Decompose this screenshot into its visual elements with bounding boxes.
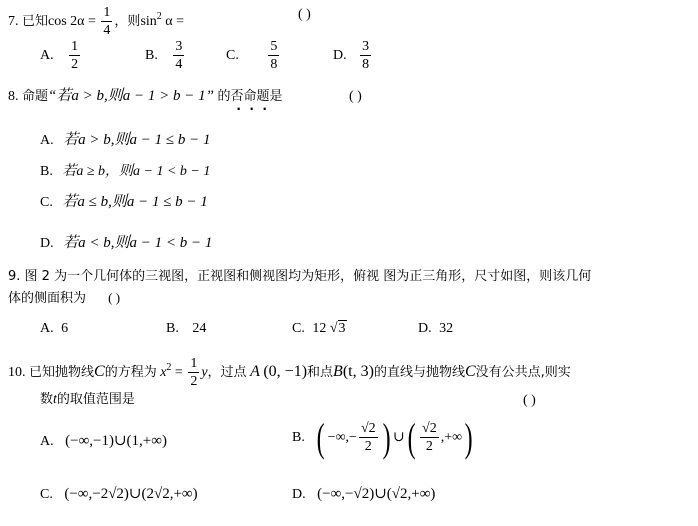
right-paren: ) [465, 418, 473, 458]
q10-answer-blank: ( ) [523, 394, 536, 408]
q9-answer-blank: ( ) [108, 290, 120, 305]
q7-mid: ，则 [114, 14, 140, 29]
q8-option-c: C. 若a ≤ b,则a − 1 ≤ b − 1 [40, 195, 208, 210]
q8-answer-blank: ( ) [349, 90, 362, 104]
q7-fraction: 14 [101, 6, 112, 38]
q7-option-a: A. 12 [40, 40, 82, 72]
q7-expr3: α = [162, 14, 184, 29]
q10-option-d: D. (−∞,−√2)∪(√2,+∞) [292, 487, 435, 502]
emphasis-char: 题 [257, 89, 270, 104]
q7-prefix: 已知 [22, 14, 48, 29]
q7-expr2: sin [140, 14, 156, 29]
q9-option-b: B. 24 [166, 322, 206, 336]
q8-option-b: B. 若a ≥ b，则a − 1 < b − 1 [40, 165, 210, 179]
q7-option-b: B. 34 [145, 40, 186, 72]
q9-option-d: D. 32 [418, 322, 453, 336]
q7-number: 7. [8, 14, 19, 29]
q10-option-b: B. (−∞,−√22)∪(√22,+∞) [292, 418, 475, 458]
question-7: 7. 已知cos 2α = 14，则sin2 α = [8, 6, 184, 38]
emphasis-char: 命 [243, 89, 256, 104]
q8-number: 8. [8, 89, 19, 104]
emphasis-char: 否 [230, 89, 243, 104]
left-paren: ( [407, 418, 415, 458]
q7-answer-blank: ( ) [298, 8, 311, 22]
q10-number: 10. [8, 365, 26, 380]
question-10-line1: 10. 已知抛物线C的方程为 x2 = 12y，过点 A (0, −1)和点B(… [8, 357, 571, 389]
q9-number: 9. [8, 269, 20, 284]
q10-fraction: 12 [188, 357, 199, 389]
q9-option-a: A. 6 [40, 322, 68, 336]
q7-option-c: C. 58 [226, 40, 281, 72]
q8-option-d: D. 若a < b,则a − 1 < b − 1 [40, 236, 212, 251]
q7-option-d: D. 38 [333, 40, 373, 72]
question-9-line1: 9. 图 2 为一个几何体的三视图，正视图和侧视图均为矩形，俯视 图为正三角形，… [8, 270, 591, 283]
question-10-line2: 数t的取值范围是 [40, 393, 135, 407]
q7-expr1: cos 2α = [48, 14, 96, 29]
q10-option-c: C. (−∞,−2√2)∪(2√2,+∞) [40, 487, 198, 502]
q8-quote: “若a > b,则a − 1 > b − 1” [48, 88, 214, 104]
q10-option-a: A. (−∞,−1)∪(1,+∞) [40, 434, 167, 449]
sqrt-symbol: √3 [330, 322, 347, 336]
q9-option-c: C. 12 √3 [292, 322, 347, 336]
q8-prefix: 命题 [22, 89, 48, 104]
question-9-line2: 体的侧面积为 ( ) [8, 291, 120, 305]
question-8: 8. 命题“若a > b,则a − 1 > b − 1” 的否命题是 [8, 89, 283, 104]
q8-option-a: A. 若a > b,则a − 1 ≤ b − 1 [40, 133, 210, 148]
right-paren: ) [382, 418, 390, 458]
left-paren: ( [317, 418, 325, 458]
